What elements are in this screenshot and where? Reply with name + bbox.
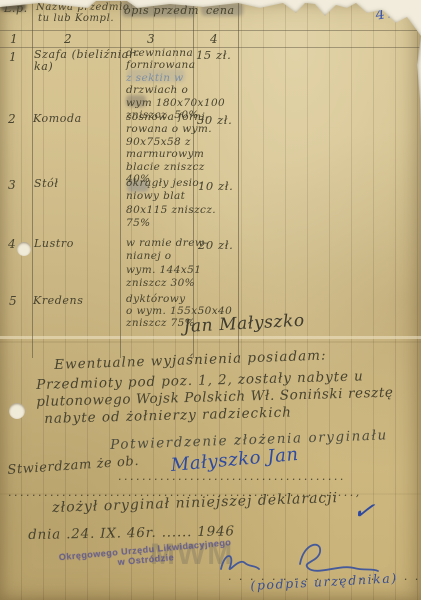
punch-hole bbox=[17, 242, 31, 256]
row-description: w ramie drew- nianej o wym. 144x51 znisz… bbox=[126, 237, 208, 291]
row-item-name: ka) bbox=[34, 60, 53, 73]
table-row-line bbox=[0, 30, 421, 31]
paper-sheet: L.p. Nazwa przedmio tu lub Kompl. opis p… bbox=[0, 0, 421, 600]
row-price: 30 zł. bbox=[197, 113, 232, 127]
row-price: 10 zł. bbox=[198, 179, 233, 193]
row-item-name: Stół bbox=[34, 177, 59, 190]
desc-line: blacie zniszcz bbox=[126, 161, 212, 173]
row-number: 1 bbox=[9, 50, 17, 64]
desc-line: zniszcz 30% bbox=[126, 277, 208, 290]
desc-line: nianej o bbox=[126, 250, 208, 263]
row-number: 2 bbox=[8, 112, 16, 126]
table-column-line bbox=[238, 0, 239, 358]
header-price: cena bbox=[206, 4, 235, 17]
col-number: 2 bbox=[64, 32, 72, 46]
desc-line: 90x75x58 z bbox=[126, 136, 212, 148]
desc-line: drzwiach o bbox=[126, 84, 225, 96]
paper-crease bbox=[0, 341, 421, 343]
row-number: 5 bbox=[9, 294, 17, 308]
header-name-2: tu lub Kompl. bbox=[38, 13, 114, 24]
desc-line: marmurowym bbox=[126, 148, 212, 160]
header-name: Nazwa przedmio bbox=[36, 2, 130, 13]
row-number: 3 bbox=[8, 178, 16, 192]
paper-crease bbox=[0, 336, 421, 339]
desc-line: w ramie drew- bbox=[126, 237, 208, 250]
row-price: 20 zł. bbox=[198, 238, 233, 252]
document-photo: L.p. Nazwa przedmio tu lub Kompl. opis p… bbox=[0, 0, 421, 600]
punch-hole bbox=[9, 403, 25, 419]
col-number: 4 bbox=[210, 32, 218, 46]
row-number: 4 bbox=[8, 237, 16, 251]
desc-line: dyktórowy bbox=[126, 293, 232, 305]
row-item-name: Kredens bbox=[33, 294, 83, 307]
header-desc: opis przedm bbox=[124, 4, 199, 17]
col-number: 3 bbox=[147, 32, 155, 46]
desc-line: 75% bbox=[126, 217, 216, 230]
row-item-name: Lustro bbox=[34, 237, 74, 250]
desc-line: z sektin w bbox=[126, 72, 225, 84]
desc-line: wym. 144x51 bbox=[126, 264, 208, 277]
header-lp: L.p. bbox=[4, 2, 28, 15]
check-mark: ✓ bbox=[351, 495, 377, 528]
col-number: 1 bbox=[10, 32, 18, 46]
desc-line: 80x115 zniszcz. bbox=[126, 204, 216, 217]
dotted-fill: ...................................... bbox=[118, 470, 346, 483]
row-price: 15 zł. bbox=[196, 48, 231, 62]
row-item-name: Komoda bbox=[33, 112, 82, 125]
desc-line: wym 180x70x100 bbox=[126, 97, 225, 109]
